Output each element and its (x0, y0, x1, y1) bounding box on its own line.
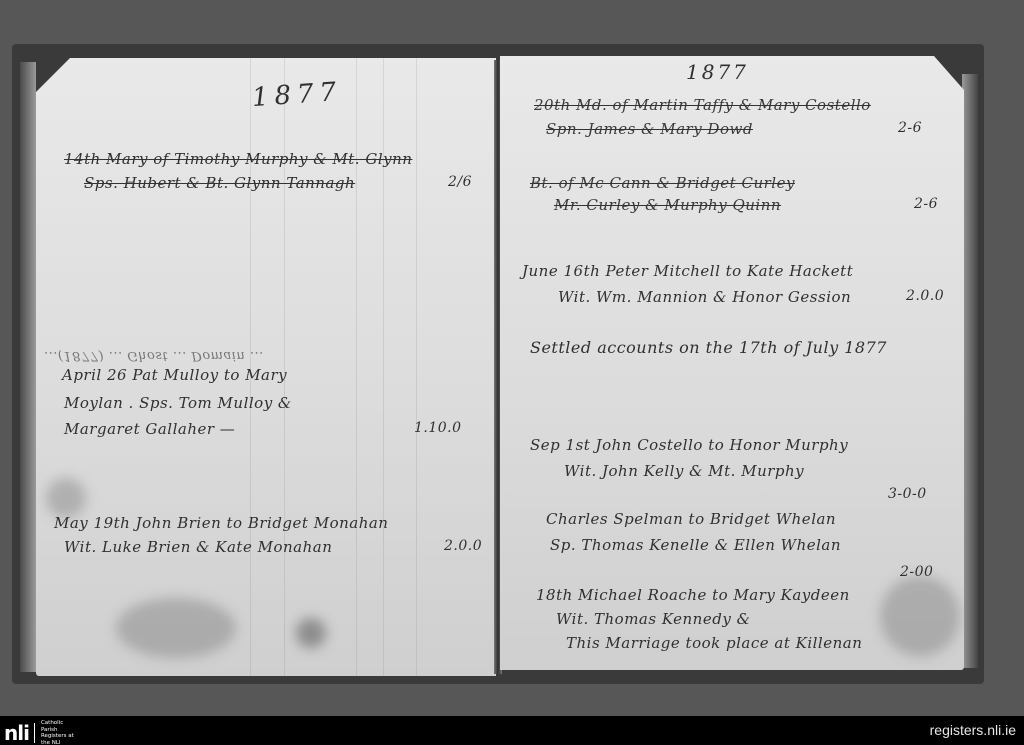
nli-logo-mark: nli (4, 723, 29, 743)
footer-bar: nli Catholic Parish Registers at the NLI… (0, 716, 1024, 745)
entry-amount: 1.10.0 (414, 420, 462, 436)
entry-amount: 2-6 (898, 120, 922, 136)
entry-line: Margaret Gallaher — (64, 420, 235, 438)
book-edge-left (20, 62, 36, 672)
year-heading: 1877 (251, 77, 343, 113)
entry-line: Wit. Thomas Kennedy & (556, 610, 750, 628)
nli-logo[interactable]: nli Catholic Parish Registers at the NLI (4, 720, 81, 745)
entry-line: Charles Spelman to Bridget Whelan (546, 510, 836, 528)
entry-line: June 16th Peter Mitchell to Kate Hackett (522, 262, 853, 280)
entry-line: Moylan . Sps. Tom Mulloy & (64, 394, 292, 412)
entry-line: Wit. Wm. Mannion & Honor Gession (558, 288, 851, 306)
right-page: 1877 20th Md. of Martin Taffy & Mary Cos… (500, 56, 964, 670)
left-page: 1877 14th Mary of Timothy Murphy & Mt. G… (36, 58, 496, 676)
settled-accounts-note: Settled accounts on the 17th of July 187… (530, 338, 887, 357)
entry-line: 14th Mary of Timothy Murphy & Mt. Glynn (64, 150, 412, 168)
entry-line: This Marriage took place at Killenan (566, 634, 862, 652)
entry-amount: 2/6 (448, 174, 472, 190)
entry-line: Mr. Curley & Murphy Quinn (554, 196, 781, 214)
year-heading: 1877 (686, 60, 749, 84)
logo-caption: Catholic Parish Registers at the NLI (41, 720, 81, 745)
bleed-through-text: ...(1877) ... Ghost ... Domain ... (44, 348, 264, 363)
book-edge-right (962, 74, 978, 668)
entry-amount: 2.0.0 (906, 288, 944, 304)
entry-amount: 2-00 (900, 564, 933, 580)
entry-line: Sep 1st John Costello to Honor Murphy (530, 436, 848, 454)
entry-amount: 3-0-0 (888, 486, 927, 502)
site-link[interactable]: registers.nli.ie (930, 722, 1016, 738)
entry-line: 18th Michael Roache to Mary Kaydeen (536, 586, 850, 604)
entry-line: Wit. Luke Brien & Kate Monahan (64, 538, 332, 556)
entry-line: May 19th John Brien to Bridget Monahan (54, 514, 388, 532)
entry-line: Wit. John Kelly & Mt. Murphy (564, 462, 804, 480)
entry-amount: 2-6 (914, 196, 938, 212)
logo-divider (34, 723, 35, 743)
entry-amount: 2.0.0 (444, 538, 482, 554)
entry-line: Bt. of Mc Cann & Bridget Curley (530, 174, 795, 192)
entry-line: 20th Md. of Martin Taffy & Mary Costello (534, 96, 871, 114)
entry-line: April 26 Pat Mulloy to Mary (62, 366, 287, 384)
entry-line: Sps. Hubert & Bt. Glynn Tannagh (84, 174, 355, 192)
image-viewer[interactable]: 1877 14th Mary of Timothy Murphy & Mt. G… (0, 0, 1024, 716)
entry-line: Spn. James & Mary Dowd (546, 120, 753, 138)
entry-line: Sp. Thomas Kenelle & Ellen Whelan (550, 536, 841, 554)
